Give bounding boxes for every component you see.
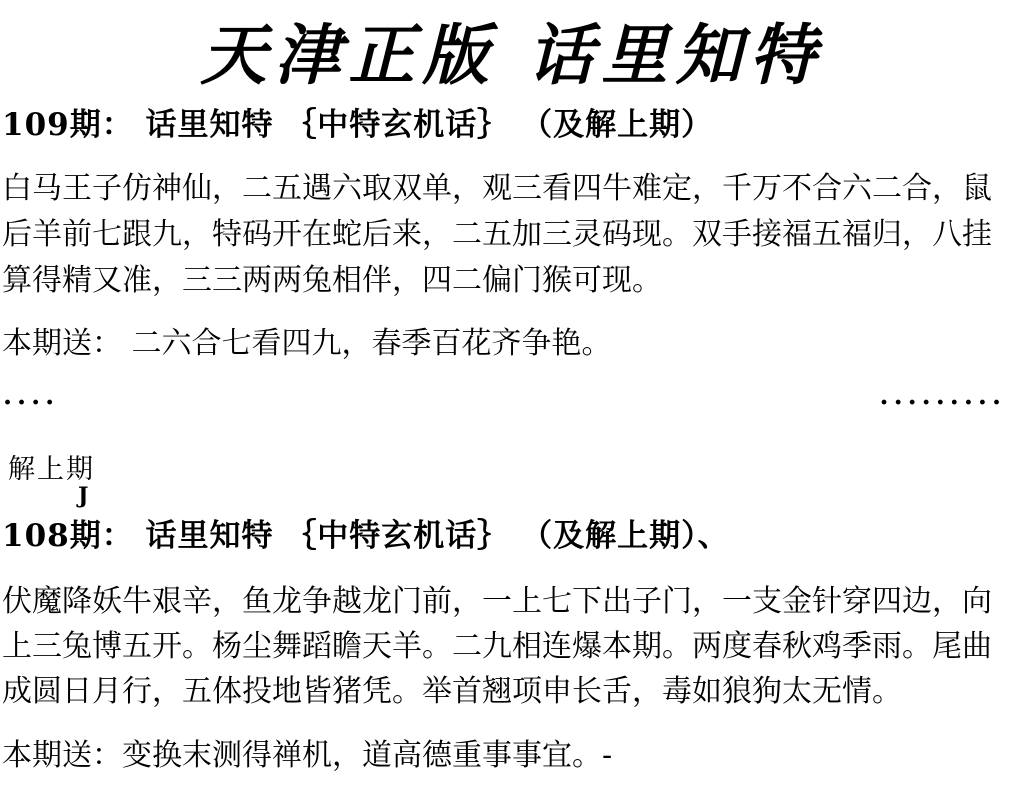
issue-108-verse-line-3: 成圆日月行，五体投地皆猪凭。举首翘项申长舌，毒如狼狗太无情。	[2, 672, 902, 712]
page-title: 天津正版 话里知特	[0, 10, 1024, 100]
issue-109-send-line: 本期送： 二六合七看四九，春季百花齐争艳。	[2, 324, 612, 364]
tianjin-huali-zhite-page: 天津正版 话里知特 109期： 话里知特 ｛中特玄机话｝ （及解上期） 白马王子…	[0, 0, 1024, 801]
divider-dots-right: .........	[880, 386, 1006, 406]
issue-108-verse-line-2: 上三兔博五开。杨尘舞蹈瞻天羊。二九相连爆本期。两度春秋鸡季雨。尾曲	[2, 627, 992, 667]
previous-issue-section-label: 解上期	[8, 447, 95, 486]
divider-dots-left: ....	[3, 386, 59, 406]
stray-mark: J	[78, 483, 88, 509]
issue-108-verse-line-1: 伏魔降妖牛艰辛，鱼龙争越龙门前，一上七下出子门，一支金针穿四边，向	[2, 582, 992, 622]
issue-108-heading: 108期： 话里知特 ｛中特玄机话｝ （及解上期）、	[2, 517, 730, 555]
issue-109-verse-line-3: 算得精又准，三三两两兔相伴，四二偏门猴可现。	[2, 261, 662, 301]
issue-108-send-line: 本期送：变换末测得禅机，道高德重事事宜。-	[2, 736, 612, 776]
issue-109-verse-line-1: 白马王子仿神仙，二五遇六取双单，观三看四牛难定，千万不合六二合，鼠	[2, 169, 992, 209]
issue-109-verse-line-2: 后羊前七跟九，特码开在蛇后来，二五加三灵码现。双手接福五福归，八挂	[2, 215, 992, 255]
issue-109-heading: 109期： 话里知特 ｛中特玄机话｝ （及解上期）	[2, 106, 713, 144]
